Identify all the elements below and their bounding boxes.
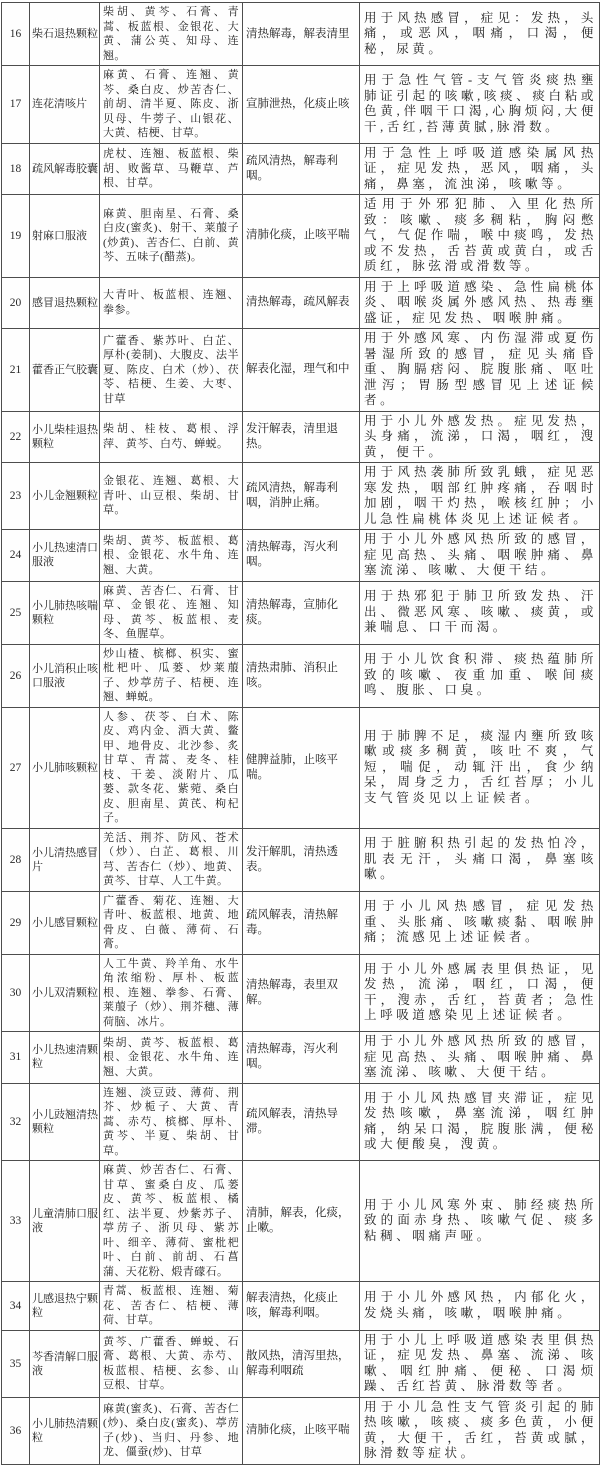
ingredients-cell: 青蒿、板蓝根、连翘、菊花、苦杏仁、桔梗、薄荷、甘草。: [100, 1282, 243, 1331]
medicine-name-cell: 小儿肺热清颗粒: [30, 1397, 100, 1464]
row-number-cell: 28: [2, 828, 30, 891]
indications-cell: 用于小儿饮食积滞、痰热蕴肺所致的咳嗽、夜重加重、喉间痰鸣、腹胀、口臭。: [360, 644, 600, 707]
row-number-cell: 33: [2, 1161, 30, 1282]
ingredients-cell: 大青叶、板蓝根、连翘、拳参。: [100, 277, 243, 329]
function-cell: 疏风清热，解毒利咽。: [243, 143, 360, 195]
ingredients-cell: 炒山楂、槟榔、枳实、蜜枇杷叶、瓜蒌、炒莱菔子、炒葶苈子、桔梗、连翘、蝉蜕。: [100, 644, 243, 707]
ingredients-cell: 人工牛黄、羚羊角、水牛角浓缩粉、厚朴、板蓝根、连翘、拳参、石膏、莱菔子（炒）、荆…: [100, 954, 243, 1032]
medicine-name-cell: 射麻口服液: [30, 195, 100, 278]
row-number-cell: 31: [2, 1032, 30, 1084]
medicine-name-cell: 儿感退热宁颗粒: [30, 1282, 100, 1331]
table-row: 34儿感退热宁颗粒青蒿、板蓝根、连翘、菊花、苦杏仁、桔梗、薄荷、甘草。解表清热，…: [2, 1282, 600, 1331]
table-row: 32小儿豉翘清热颗粒连翘、淡豆豉、薄荷、荆芥、炒栀子、大黄、青蒿、赤芍、槟榔、厚…: [2, 1083, 600, 1161]
function-cell: 散风热，清泻里热，解毒利咽疏: [243, 1330, 360, 1397]
ingredients-cell: 人参、茯苓、白术、陈皮、鸡内金、酒大黄、鳖甲、地骨皮、北沙参、炙甘草、青蒿、麦冬…: [100, 707, 243, 828]
row-number-cell: 17: [2, 66, 30, 144]
row-number-cell: 20: [2, 277, 30, 329]
table-row: 16柴石退热颗粒柴胡、黄芩、石膏、青蒿、板蓝根、金银花、大黄、蒲公英、知母、连翘…: [2, 3, 600, 66]
row-number-cell: 18: [2, 143, 30, 195]
table-row: 19射麻口服液麻黄、胆南星、石膏、桑白皮(蜜炙)、射干、莱菔子(炒黄)、苦杏仁、…: [2, 195, 600, 278]
ingredients-cell: 柴胡、黄芩、板蓝根、葛根、金银花、水牛角、连翘、大黄。: [100, 530, 243, 582]
function-cell: 发汗解肌，清热透表。: [243, 828, 360, 891]
function-cell: 发汗解表，清里退热。: [243, 411, 360, 463]
table-row: 23小儿金翘颗粒金银花、连翘、葛根、大青叶、山豆根、柴胡、甘草。疏风清热，解毒利…: [2, 463, 600, 530]
indications-cell: 用于小儿上呼吸道感染表里俱热证，症见发热、鼻塞、流涕、咳嗽、咽红肿痛、便秘、口渴…: [360, 1330, 600, 1397]
row-number-cell: 35: [2, 1330, 30, 1397]
indications-cell: 用于急性气管-支气管炎痰热壅肺证引起的咳嗽,咳痰、痰白粘或色黄,伴咽干口渴,心胸…: [360, 66, 600, 144]
indications-cell: 用于热邪犯于肺卫所致发热、汗出、微恶风寒、咳嗽、痰黄，或兼喘息、口干而渴。: [360, 581, 600, 644]
row-number-cell: 34: [2, 1282, 30, 1331]
table-row: 24小儿热速清口服液柴胡、黄芩、板蓝根、葛根、金银花、水牛角、连翘、大黄。清热解…: [2, 530, 600, 582]
medicine-name-cell: 小儿金翘颗粒: [30, 463, 100, 530]
ingredients-cell: 麻黄(蜜炙)、石膏、苦杏仁(炒)、桑白皮(蜜炙)、葶苈子(炒)、当归、丹参、地龙…: [100, 1397, 243, 1464]
indications-cell: 用于小儿外感发热。症见发热，头身痛，流涕，口渴，咽红，溲黄，便干。: [360, 411, 600, 463]
medicine-name-cell: 芩香清解口服液: [30, 1330, 100, 1397]
medicine-name-cell: 小儿清热感冒片: [30, 828, 100, 891]
indications-cell: 用于小儿风热感冒，症见发热重、头胀痛、咳嗽痰黏、咽喉肿痛；流感见上述证候者。: [360, 891, 600, 954]
table-row: 27小儿肺咳颗粒人参、茯苓、白术、陈皮、鸡内金、酒大黄、鳖甲、地骨皮、北沙参、炙…: [2, 707, 600, 828]
indications-cell: 用于急性上呼吸道感染属风热证，症见发热，恶风，咽痛，头痛，鼻塞，流浊涕，咳嗽等。: [360, 143, 600, 195]
medicine-name-cell: 小儿消积止咳口服液: [30, 644, 100, 707]
indications-cell: 用于肺脾不足，痰湿内壅所致咳嗽或痰多稠黄，咳吐不爽，气短，喘促，动辄汗出，食少纳…: [360, 707, 600, 828]
indications-cell: 用于小儿外感风热，内郁化火，发烧头痛，咳嗽，咽喉肿痛。: [360, 1282, 600, 1331]
ingredients-cell: 虎杖、连翘、板蓝根、柴胡、败酱草、马鞭草、芦根、甘草。: [100, 143, 243, 195]
row-number-cell: 22: [2, 411, 30, 463]
row-number-cell: 21: [2, 329, 30, 412]
ingredients-cell: 麻黄、石膏、连翘、黄芩、桑白皮、炒苦杏仁、前胡、清半夏、陈皮、浙贝母、牛蒡子、山…: [100, 66, 243, 144]
indications-cell: 用于小儿外感属表里俱热证，见发热，流涕，咽红，口渴，便干，溲赤，舌红，苔黄者；急…: [360, 954, 600, 1032]
row-number-cell: 24: [2, 530, 30, 582]
table-row: 22小儿柴桂退热颗粒柴胡、桂枝、葛根、浮萍、黄芩、白芍、蝉蜕。发汗解表，清里退热…: [2, 411, 600, 463]
ingredients-cell: 麻黄、胆南星、石膏、桑白皮(蜜炙)、射干、莱菔子(炒黄)、苦杏仁、白前、黄芩、五…: [100, 195, 243, 278]
indications-cell: 用于外感风寒、内伤湿滞或夏伤暑湿所致的感冒，症见头痛昏重、胸膈痞闷、脘腹胀痛、呕…: [360, 329, 600, 412]
ingredients-cell: 广藿香、紫苏叶、白芷、厚朴(姜制)、大腹皮、法半夏、陈皮、白术（炒）、茯苓、桔梗…: [100, 329, 243, 412]
ingredients-cell: 黄芩、广藿香、蝉蜕、石膏、葛根、大黄、赤芍、板蓝根、桔梗、玄参、山豆根、甘草。: [100, 1330, 243, 1397]
function-cell: 清热解毒，泻火利咽。: [243, 530, 360, 582]
function-cell: 清肺化痰，止咳平喘: [243, 195, 360, 278]
medicine-name-cell: 柴石退热颗粒: [30, 3, 100, 66]
medicine-name-cell: 小儿豉翘清热颗粒: [30, 1083, 100, 1161]
document-page: 16柴石退热颗粒柴胡、黄芩、石膏、青蒿、板蓝根、金银花、大黄、蒲公英、知母、连翘…: [0, 0, 600, 1467]
ingredients-cell: 连翘、淡豆豉、薄荷、荆芥、炒栀子、大黄、青蒿、赤芍、槟榔、厚朴、黄芩、半夏、柴胡…: [100, 1083, 243, 1161]
table-row: 30小儿双清颗粒人工牛黄、羚羊角、水牛角浓缩粉、厚朴、板蓝根、连翘、拳参、石膏、…: [2, 954, 600, 1032]
table-row: 33儿童清肺口服液麻黄、炒苦杏仁、石膏、甘草、蜜桑白皮、瓜蒌皮、黄芩、板蓝根、橘…: [2, 1161, 600, 1282]
function-cell: 清热解毒，表里双解。: [243, 954, 360, 1032]
row-number-cell: 25: [2, 581, 30, 644]
function-cell: 清热解毒，泻火利咽。: [243, 1032, 360, 1084]
ingredients-cell: 柴胡、黄芩、板蓝根、葛根、金银花、水牛角、连翘、大黄。: [100, 1032, 243, 1084]
table-row: 29小儿感冒颗粒广藿香、菊花、连翘、大青叶、板蓝根、地黄、地骨皮、白薇、薄荷、石…: [2, 891, 600, 954]
ingredients-cell: 麻黄、炒苦杏仁、石膏、甘草、蜜桑白皮、瓜蒌皮、黄芩、板蓝根、橘红、法半夏、炒紫苏…: [100, 1161, 243, 1282]
ingredients-cell: 麻黄、苦杏仁、石膏、甘草、金银花、连翘、知母、黄芩、板蓝根、麦冬、鱼腥草。: [100, 581, 243, 644]
row-number-cell: 19: [2, 195, 30, 278]
function-cell: 宣肺泄热，化痰止咳: [243, 66, 360, 144]
function-cell: 清热解毒，疏风解表: [243, 277, 360, 329]
row-number-cell: 29: [2, 891, 30, 954]
indications-cell: 用于小儿急性支气管炎引起的肺热咳嗽，咳痰、痰多色黄，小便黄，大便干，舌红，苔黄或…: [360, 1397, 600, 1464]
medicine-name-cell: 小儿热速清颗粒: [30, 1032, 100, 1084]
row-number-cell: 27: [2, 707, 30, 828]
function-cell: 清肺，解表，化痰，止嗽。: [243, 1161, 360, 1282]
function-cell: 清热解毒，解表清里: [243, 3, 360, 66]
row-number-cell: 16: [2, 3, 30, 66]
row-number-cell: 30: [2, 954, 30, 1032]
function-cell: 解表清热，化痰止咳，解毒利咽。: [243, 1282, 360, 1331]
row-number-cell: 32: [2, 1083, 30, 1161]
indications-cell: 用于风热袭肺所致乳蛾，症见恶寒发热，咽部红肿疼痛，吞咽时加剧，咽干灼热，喉核红肿…: [360, 463, 600, 530]
medicine-name-cell: 连花清咳片: [30, 66, 100, 144]
table-row: 17连花清咳片麻黄、石膏、连翘、黄芩、桑白皮、炒苦杏仁、前胡、清半夏、陈皮、浙贝…: [2, 66, 600, 144]
function-cell: 健脾益肺，止咳平喘。: [243, 707, 360, 828]
table-row: 26小儿消积止咳口服液炒山楂、槟榔、枳实、蜜枇杷叶、瓜蒌、炒莱菔子、炒葶苈子、桔…: [2, 644, 600, 707]
medicine-name-cell: 小儿热速清口服液: [30, 530, 100, 582]
medicine-name-cell: 疏风解毒胶囊: [30, 143, 100, 195]
indications-cell: 用于小儿风热感冒夹滞证，症见发热咳嗽，鼻塞流涕，咽红肿痛，纳呆口渴，脘腹胀满，便…: [360, 1083, 600, 1161]
indications-cell: 用于风热感冒，症见：发热，头痛，或恶风，咽痛，口渴，便秘，尿黄。: [360, 3, 600, 66]
tcm-medicine-table: 16柴石退热颗粒柴胡、黄芩、石膏、青蒿、板蓝根、金银花、大黄、蒲公英、知母、连翘…: [1, 2, 600, 1465]
medicine-name-cell: 小儿双清颗粒: [30, 954, 100, 1032]
indications-cell: 用于脏腑积热引起的发热怕冷，肌表无汗，头痛口渴，鼻塞咳嗽。: [360, 828, 600, 891]
medicine-name-cell: 藿香正气胶囊: [30, 329, 100, 412]
indications-cell: 用于小儿风寒外束、肺经痰热所致的面赤身热、咳嗽气促、痰多粘稠、咽痛声哑。: [360, 1161, 600, 1282]
function-cell: 疏风解表，清热解毒。: [243, 891, 360, 954]
indications-cell: 用于小儿外感风热所致的感冒，症见高热、头痛、咽喉肿痛、鼻塞流涕、咳嗽、大便干结。: [360, 1032, 600, 1084]
row-number-cell: 26: [2, 644, 30, 707]
table-row: 18疏风解毒胶囊虎杖、连翘、板蓝根、柴胡、败酱草、马鞭草、芦根、甘草。疏风清热，…: [2, 143, 600, 195]
table-row: 25小儿肺热咳喘颗粒麻黄、苦杏仁、石膏、甘草、金银花、连翘、知母、黄芩、板蓝根、…: [2, 581, 600, 644]
indications-cell: 用于小儿外感风热所致的感冒，症见高热、头痛、咽喉肿痛、鼻塞流涕、咳嗽、大便干结。: [360, 530, 600, 582]
function-cell: 疏风清热，解毒利咽，消肿止痛。: [243, 463, 360, 530]
function-cell: 清热解毒，宣肺化痰。: [243, 581, 360, 644]
function-cell: 清热肃肺、消积止咳。: [243, 644, 360, 707]
ingredients-cell: 金银花、连翘、葛根、大青叶、山豆根、柴胡、甘草。: [100, 463, 243, 530]
row-number-cell: 23: [2, 463, 30, 530]
function-cell: 解表化湿，理气和中: [243, 329, 360, 412]
ingredients-cell: 柴胡、黄芩、石膏、青蒿、板蓝根、金银花、大黄、蒲公英、知母、连翘。: [100, 3, 243, 66]
table-row: 21藿香正气胶囊广藿香、紫苏叶、白芷、厚朴(姜制)、大腹皮、法半夏、陈皮、白术（…: [2, 329, 600, 412]
function-cell: 清肺化痰，止咳平喘: [243, 1397, 360, 1464]
function-cell: 疏风解表，清热导滞。: [243, 1083, 360, 1161]
ingredients-cell: 羌活、荆芥、防风、苍术（炒）、白芷、葛根、川芎、苦杏仁（炒）、地黄、黄芩、甘草、…: [100, 828, 243, 891]
row-number-cell: 36: [2, 1397, 30, 1464]
medicine-name-cell: 小儿肺咳颗粒: [30, 707, 100, 828]
medicine-name-cell: 感冒退热颗粒: [30, 277, 100, 329]
table-row: 20感冒退热颗粒大青叶、板蓝根、连翘、拳参。清热解毒，疏风解表用于上呼吸道感染、…: [2, 277, 600, 329]
table-row: 36小儿肺热清颗粒麻黄(蜜炙)、石膏、苦杏仁(炒)、桑白皮(蜜炙)、葶苈子(炒)…: [2, 1397, 600, 1464]
table-row: 35芩香清解口服液黄芩、广藿香、蝉蜕、石膏、葛根、大黄、赤芍、板蓝根、桔梗、玄参…: [2, 1330, 600, 1397]
indications-cell: 用于上呼吸道感染、急性扁桃体炎、咽喉炎属外感风热、热毒壅盛证，症见发热、咽喉肿痛…: [360, 277, 600, 329]
ingredients-cell: 广藿香、菊花、连翘、大青叶、板蓝根、地黄、地骨皮、白薇、薄荷、石膏。: [100, 891, 243, 954]
medicine-name-cell: 小儿肺热咳喘颗粒: [30, 581, 100, 644]
ingredients-cell: 柴胡、桂枝、葛根、浮萍、黄芩、白芍、蝉蜕。: [100, 411, 243, 463]
table-row: 31小儿热速清颗粒柴胡、黄芩、板蓝根、葛根、金银花、水牛角、连翘、大黄。清热解毒…: [2, 1032, 600, 1084]
table-row: 28小儿清热感冒片羌活、荆芥、防风、苍术（炒）、白芷、葛根、川芎、苦杏仁（炒）、…: [2, 828, 600, 891]
medicine-name-cell: 儿童清肺口服液: [30, 1161, 100, 1282]
table-body: 16柴石退热颗粒柴胡、黄芩、石膏、青蒿、板蓝根、金银花、大黄、蒲公英、知母、连翘…: [2, 3, 600, 1465]
indications-cell: 适用于外邪犯肺、入里化热所致：咳嗽、痰多稠粘，胸闷憋气，气促作喘，喉中痰鸣，发热…: [360, 195, 600, 278]
medicine-name-cell: 小儿感冒颗粒: [30, 891, 100, 954]
medicine-name-cell: 小儿柴桂退热颗粒: [30, 411, 100, 463]
